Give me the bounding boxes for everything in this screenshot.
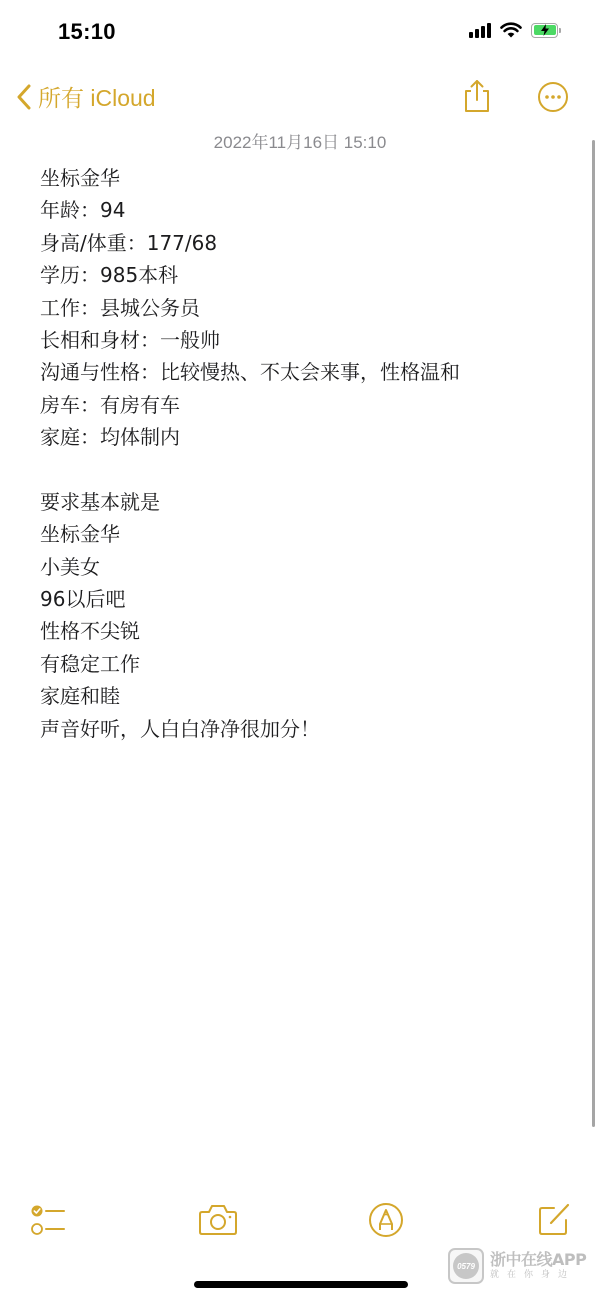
note-line: 沟通与性格：比较慢热、不太会来事，性格温和: [40, 356, 580, 388]
note-line: 要求基本就是: [40, 486, 580, 518]
ellipsis-circle-icon: [535, 78, 571, 114]
note-line: 身高/体重：177/68: [40, 227, 580, 259]
note-line: 家庭：均体制内: [40, 421, 580, 453]
camera-icon: [198, 1200, 238, 1240]
home-indicator[interactable]: [194, 1281, 408, 1288]
watermark-logo-text: 0579: [453, 1253, 479, 1279]
note-line: 房车：有房有车: [40, 389, 580, 421]
note-line: 年龄：94: [40, 194, 580, 226]
cellular-signal-icon: [469, 22, 491, 38]
camera-button[interactable]: [198, 1200, 238, 1240]
note-body[interactable]: 坐标金华 年龄：94 身高/体重：177/68 学历：985本科 工作：县城公务…: [40, 162, 580, 745]
checklist-button[interactable]: [28, 1200, 68, 1240]
wifi-icon: [500, 22, 522, 38]
note-line: 家庭和睦: [40, 680, 580, 712]
note-blank-line: [40, 454, 580, 486]
note-line: 性格不尖锐: [40, 615, 580, 647]
compose-icon: [534, 1200, 574, 1240]
note-line: 小美女: [40, 551, 580, 583]
status-time: 15:10: [58, 19, 116, 45]
note-line: 声音好听，人白白净净很加分！: [40, 713, 580, 745]
share-icon: [459, 78, 495, 114]
checklist-icon: [28, 1200, 68, 1240]
note-date: 2022年11月16日 15:10: [0, 128, 600, 153]
vertical-scrollbar[interactable]: [592, 140, 595, 1127]
note-line: 长相和身材：一般帅: [40, 324, 580, 356]
status-icons: [469, 22, 558, 38]
bottom-toolbar: [0, 1196, 600, 1246]
markup-pen-icon: [366, 1200, 406, 1240]
compose-button[interactable]: [534, 1200, 574, 1240]
watermark-logo: 0579: [448, 1248, 484, 1284]
note-line: 学历：985本科: [40, 259, 580, 291]
back-button-label: 所有 iCloud: [38, 80, 156, 113]
status-bar: 15:10: [0, 0, 600, 66]
watermark-subtitle: 就在你身边: [490, 1269, 586, 1281]
markup-button[interactable]: [366, 1200, 406, 1240]
note-line: 96以后吧: [40, 583, 580, 615]
back-button[interactable]: 所有 iCloud: [16, 80, 156, 113]
note-line: 工作：县城公务员: [40, 292, 580, 324]
watermark-title: 浙中在线APP: [490, 1251, 586, 1269]
watermark: 0579 浙中在线APP 就在你身边: [448, 1248, 586, 1284]
share-button[interactable]: [459, 78, 495, 114]
more-button[interactable]: [535, 78, 571, 114]
battery-icon: [531, 23, 558, 38]
note-line: 坐标金华: [40, 518, 580, 550]
nav-bar: 所有 iCloud: [0, 70, 600, 124]
chevron-left-icon: [16, 84, 32, 110]
note-line: 有稳定工作: [40, 648, 580, 680]
note-line: 坐标金华: [40, 162, 580, 194]
charging-bolt-icon: [540, 24, 550, 36]
